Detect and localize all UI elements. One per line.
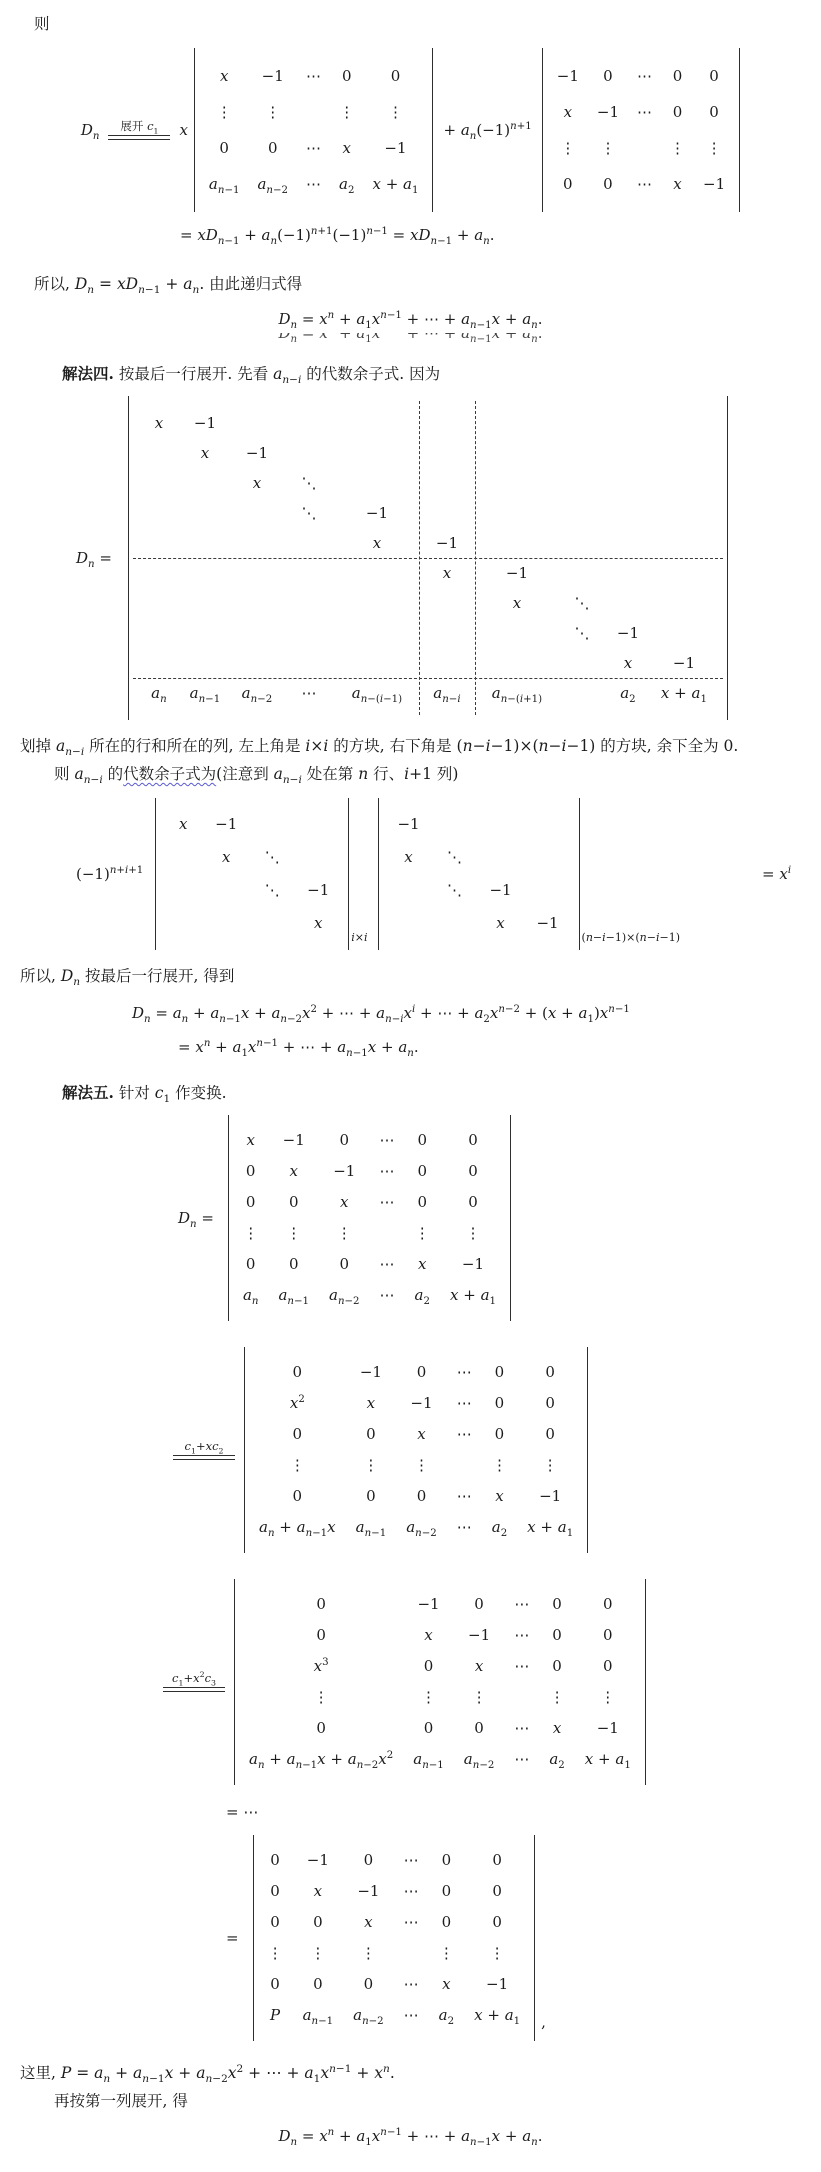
eq-closed-form: Dn = xn + a1xn−1 + ⋯ + an−1x + an.	[20, 310, 801, 330]
matrix-cell: 0	[246, 1257, 256, 1272]
matrix-cell: 0	[603, 69, 613, 84]
matrix-cell: x	[364, 1915, 372, 1930]
matrix-cell: 0	[289, 1195, 299, 1210]
matrix-cell: −1	[506, 566, 528, 581]
matrix-cell: ⋱	[447, 850, 462, 865]
matrix-cell: 0	[424, 1721, 434, 1736]
solution5-final-matrix: = 0−10⋯000x−1⋯0000x⋯00⋮⋮⋮⋮⋮000⋯x−1Pan−1a…	[226, 1835, 801, 2041]
matrix-cell: ⋮	[600, 141, 615, 156]
solution5-heading: 解法五. 针对 c1 作变换.	[62, 1081, 801, 1105]
matrix-cell: an	[151, 686, 167, 701]
matrix-cell: 0	[246, 1164, 256, 1179]
matrix-cell: 0	[552, 1628, 562, 1643]
matrix-cell: 0	[442, 1884, 452, 1899]
matrix-cell: 0	[709, 69, 719, 84]
matrix-cell: 0	[495, 1396, 505, 1411]
matrix-cell: ⋯	[380, 1288, 395, 1303]
matrix-cell: x	[553, 1721, 561, 1736]
matrix-cell: x	[253, 476, 261, 491]
matrix-cell: −1	[489, 883, 511, 898]
partitioned-matrix: x−1x−1x⋱⋱−1x−1x−1x⋱⋱−1x−1anan−1an−2⋯an−(…	[128, 396, 728, 720]
eq-expansion-b: = xn + a1xn−1 + ⋯ + an−1x + an.	[178, 1038, 801, 1058]
matrix-cell: 0	[366, 1427, 376, 1442]
matrix-cell: −1	[283, 1133, 305, 1148]
matrix-cell: 0	[417, 1133, 427, 1148]
matrix-cell: −1	[557, 69, 579, 84]
matrix-cell: an−(i−1)	[352, 686, 402, 701]
matrix-cell: ⋮	[550, 1690, 565, 1705]
matrix-cell: an−i	[433, 686, 460, 701]
matrix-cell: ⋮	[560, 141, 575, 156]
matrix-cell: −1	[410, 1396, 432, 1411]
matrix-cell: 0	[366, 1489, 376, 1504]
intro-word: 则	[34, 12, 801, 36]
double-rule	[173, 1455, 235, 1460]
matrix-cell: ⋯	[514, 1721, 529, 1736]
matrix-cell: ⋯	[457, 1520, 472, 1535]
matrix-cell: a2	[339, 177, 354, 192]
matrix-cell: ⋱	[447, 883, 462, 898]
para-here-p: 这里, P = an + an−1x + an−2x2 + ⋯ + a1xn−1…	[20, 2061, 801, 2085]
matrix-cell: 0	[545, 1365, 555, 1380]
matrix-cell: x	[343, 141, 351, 156]
matrix-cell: ⋱	[301, 506, 316, 521]
matrix-cell: ⋮	[290, 1458, 305, 1473]
matrix-cell: ⋱	[574, 596, 589, 611]
eq-recursion-result: = xDn−1 + an(−1)n+1(−1)n−1 = xDn−1 + an.	[180, 226, 801, 246]
matrix-cell: ⋯	[457, 1396, 472, 1411]
matrix-cell: x + a1	[661, 686, 707, 701]
para-cofactor-note: 则 an−i 的代数余子式为(注意到 an−i 处在第 n 行、i+1 列)	[54, 762, 801, 786]
matrix-cell: −1	[360, 1365, 382, 1380]
cofactor-matrix-a-wrap: x−1x⋱⋱−1x i×i	[155, 798, 367, 950]
matrix-cell: 0	[492, 1915, 502, 1930]
matrix-cell: ⋮	[490, 1946, 505, 1961]
solution5-step1: c1+xc2 0−10⋯00x2x−1⋯0000x⋯00⋮⋮⋮⋮⋮000⋯x−1…	[170, 1347, 801, 1553]
matrix-cell: ⋮	[363, 1458, 378, 1473]
solution5-heading-rest: 针对 c1 作变换.	[114, 1084, 227, 1102]
matrix-cell: ⋯	[404, 1853, 419, 1868]
matrix-cell: −1	[536, 916, 558, 931]
matrix-cell: −1	[397, 817, 419, 832]
matrix-cell: 0	[270, 1853, 280, 1868]
matrix-cell: −1	[597, 105, 619, 120]
matrix-cell: 0	[391, 69, 401, 84]
matrix-cell: a2	[620, 686, 635, 701]
matrix-cell: x	[340, 1195, 348, 1210]
matrix-cell: ⋯	[380, 1257, 395, 1272]
cofactor-note-pre: 则 an−i 的	[54, 765, 123, 783]
matrix-cell: 0	[492, 1884, 502, 1899]
matrix-cell: ⋯	[404, 1884, 419, 1899]
matrix-cell: 0	[417, 1164, 427, 1179]
matrix-cell: 0	[313, 1915, 323, 1930]
f4-lhs: =	[226, 1929, 239, 1947]
matrix-cell: an + an−1x	[259, 1520, 336, 1535]
matrix-cell: 0	[495, 1365, 505, 1380]
matrix-cell: x	[404, 850, 412, 865]
matrix-cell: x	[155, 416, 163, 431]
matrix-cell: 0	[268, 141, 278, 156]
matrix-cell: x	[220, 69, 228, 84]
f1-lhs: Dn =	[178, 1209, 214, 1227]
matrix-cell: 0	[289, 1257, 299, 1272]
matrix-cell: ⋯	[514, 1597, 529, 1612]
matrix-cell: an−2	[406, 1520, 437, 1535]
solution4-label: 解法四.	[62, 364, 114, 383]
matrix-cell: 0	[293, 1365, 303, 1380]
matrix-cell: 0	[442, 1853, 452, 1868]
matrix-cell: ⋯	[514, 1659, 529, 1674]
matrix-recursion-2: −10⋯00x−1⋯00⋮⋮⋮⋮00⋯x−1	[542, 48, 740, 212]
matrix-cell: 0	[417, 1195, 427, 1210]
matrix-cell: ⋯	[637, 105, 652, 120]
matrix-cell: x + a1	[474, 2008, 520, 2023]
matrix-cell: x	[417, 1427, 425, 1442]
matrix-cell: P	[270, 2008, 280, 2023]
matrix-cell: x	[179, 817, 187, 832]
matrix-cell: ⋮	[388, 105, 403, 120]
matrix-cell: ⋯	[637, 177, 652, 192]
matrix-cell: ⋮	[310, 1946, 325, 1961]
matrix-cell: ⋯	[514, 1628, 529, 1643]
matrix-cell: ⋯	[301, 686, 316, 701]
display-expansion-c1: Dn 展开 c1 x x−1⋯00⋮⋮⋮⋮00⋯x−1an−1an−2⋯a2x …	[20, 48, 801, 212]
matrix-cell: 0	[552, 1597, 562, 1612]
double-rule	[108, 135, 170, 140]
matrix-cell: a2	[439, 2008, 454, 2023]
ghost-line: Dn = xn + a1xn−1 + ⋯ + an−1x + an.	[20, 333, 801, 342]
matrix-cell: an−2	[353, 2008, 384, 2023]
xlongequal-c1-x2c3: c1+x2c3	[163, 1672, 225, 1691]
matrix-cell: an−1	[413, 1752, 444, 1767]
matrix-cell: 0	[603, 177, 613, 192]
matrix-cell: ⋯	[457, 1489, 472, 1504]
matrix-cell: 0	[246, 1195, 256, 1210]
matrix-cell: x	[367, 1396, 375, 1411]
matrix-cell: ⋮	[472, 1690, 487, 1705]
scan-artifact-duplicate-line: Dn = xn + a1xn−1 + ⋯ + an−1x + an.	[20, 333, 801, 346]
matrix-cell: 0	[313, 1977, 323, 1992]
eq-final-result: Dn = xn + a1xn−1 + ⋯ + an−1x + an.	[20, 2127, 801, 2147]
matrix-cell: x2	[290, 1396, 305, 1411]
solution5-step0: Dn = x−10⋯000x−1⋯0000x⋯00⋮⋮⋮⋮⋮000⋯x−1ana…	[178, 1115, 801, 1321]
matrix-cell: −1	[462, 1257, 484, 1272]
matrix-cell: ⋮	[543, 1458, 558, 1473]
matrix-cell: ⋯	[306, 141, 321, 156]
cofactor-matrix-a-size: i×i	[351, 931, 367, 944]
matrix-cell: ⋱	[265, 850, 280, 865]
partition-line-horizontal-1	[133, 558, 723, 559]
matrix-cell: −1	[194, 416, 216, 431]
para-expand-last-row: 所以, Dn 按最后一行展开, 得到	[20, 964, 801, 988]
matrix-cell: −1	[333, 1164, 355, 1179]
big-matrix-lhs: Dn =	[76, 549, 112, 567]
matrix-cell: x	[222, 850, 230, 865]
step2-label: c1+x2c3	[172, 1672, 216, 1685]
matrix-cell: x + a1	[585, 1752, 631, 1767]
cofactor-display: (−1)n+i+1 x−1x⋱⋱−1x i×i −1x⋱⋱−1x−1 (n−i−…	[76, 798, 801, 950]
matrix-cell: −1	[215, 817, 237, 832]
solution5-label: 解法五.	[62, 1083, 114, 1102]
cofactor-matrix-b: −1x⋱⋱−1x−1	[378, 798, 580, 950]
matrix-cell: ⋮	[414, 1458, 429, 1473]
matrix-cell: 0	[270, 1884, 280, 1899]
matrix-cell: 0	[552, 1659, 562, 1674]
cofactor-matrix-b-wrap: −1x⋱⋱−1x−1 (n−i−1)×(n−i−1)	[378, 798, 681, 950]
xlongequal-label: 展开 c1	[120, 120, 158, 133]
matrix-cell: an−(i+1)	[492, 686, 542, 701]
matrix-cell: x	[673, 177, 681, 192]
matrix-cell: 0	[342, 69, 352, 84]
matrix-cell: an−2	[242, 686, 273, 701]
matrix-cell: 0	[316, 1628, 326, 1643]
matrix-cell: ⋮	[286, 1226, 301, 1241]
matrix-cell: −1	[366, 506, 388, 521]
para-recursion: 所以, Dn = xDn−1 + an. 由此递归式得	[34, 272, 801, 296]
matrix-cell: 0	[293, 1427, 303, 1442]
matrix-cell: ⋯	[514, 1752, 529, 1767]
solution4-heading-rest: 按最后一行展开. 先看 an−i 的代数余子式. 因为	[114, 365, 440, 383]
matrix-cell: 0	[603, 1597, 613, 1612]
matrix-cell: an	[243, 1288, 259, 1303]
matrix-cell: a2	[549, 1752, 564, 1767]
trailing-comma: ,	[541, 2013, 546, 2031]
matrix-step2: 0−10⋯000x−1⋯00x30x⋯00⋮⋮⋮⋮⋮000⋯x−1an + an…	[234, 1579, 646, 1785]
matrix-cell: x	[289, 1164, 297, 1179]
cofactor-note-post: (注意到 an−i 处在第 n 行、i+1 列)	[216, 765, 458, 783]
matrix-cell: −1	[539, 1489, 561, 1504]
matrix-cell: 0	[417, 1365, 427, 1380]
matrix-cell: −1	[262, 69, 284, 84]
matrix-cell: x	[373, 536, 381, 551]
matrix-cell: x + a1	[372, 177, 418, 192]
matrix-cell: −1	[617, 626, 639, 641]
matrix-cell: 0	[270, 1977, 280, 1992]
matrix-cell: x	[201, 446, 209, 461]
matrix-cell: an−1	[303, 2008, 334, 2023]
factor-x: x	[179, 121, 187, 139]
cofactor-result: = xi	[762, 865, 791, 883]
matrix-cell: ⋯	[404, 1977, 419, 1992]
matrix-cell: a2	[492, 1520, 507, 1535]
matrix-cell: 0	[468, 1195, 478, 1210]
matrix-cell: ⋮	[243, 1226, 258, 1241]
matrix-cell: −1	[246, 446, 268, 461]
matrix-cell: ⋮	[465, 1226, 480, 1241]
solution4-heading: 解法四. 按最后一行展开. 先看 an−i 的代数余子式. 因为	[62, 362, 801, 386]
matrix-cell: x	[475, 1659, 483, 1674]
plus-term: + an(−1)n+1	[443, 121, 531, 139]
matrix-cell: ⋱	[574, 626, 589, 641]
matrix-cell: 0	[673, 69, 683, 84]
matrix-cell: ⋮	[339, 105, 354, 120]
matrix-cell: −1	[703, 177, 725, 192]
dn-lhs: Dn	[81, 121, 100, 139]
matrix-cell: x + a1	[450, 1288, 496, 1303]
matrix-cell: −1	[468, 1628, 490, 1643]
matrix-cell: x	[495, 1489, 503, 1504]
matrix-cell: ⋱	[301, 476, 316, 491]
matrix-cell: ⋮	[337, 1226, 352, 1241]
cofactor-matrix-b-size: (n−i−1)×(n−i−1)	[582, 931, 681, 944]
eq-dots: = ⋯	[226, 1803, 801, 1823]
matrix-cell: 0	[468, 1133, 478, 1148]
cofactor-note-underlined: 代数余子式为	[123, 765, 216, 783]
matrix-cell: x3	[314, 1659, 329, 1674]
matrix-cell: 0	[340, 1257, 350, 1272]
matrix-cell: an−1	[190, 686, 221, 701]
matrix-cell: an−2	[329, 1288, 360, 1303]
matrix-cell: an−1	[209, 177, 240, 192]
matrix-cell: −1	[307, 1853, 329, 1868]
matrix-final: 0−10⋯000x−1⋯0000x⋯00⋮⋮⋮⋮⋮000⋯x−1Pan−1an−…	[253, 1835, 536, 2041]
matrix-cell: ⋯	[404, 1915, 419, 1930]
cofactor-sign: (−1)n+i+1	[76, 865, 143, 883]
matrix-cell: ⋯	[404, 2008, 419, 2023]
solution5-step2: c1+x2c3 0−10⋯000x−1⋯00x30x⋯00⋮⋮⋮⋮⋮000⋯x−…	[160, 1579, 801, 1785]
matrix-cell: 0	[316, 1597, 326, 1612]
matrix-cell: ⋮	[439, 1946, 454, 1961]
matrix-cell: −1	[357, 1884, 379, 1899]
matrix-cell: ⋯	[457, 1427, 472, 1442]
partition-line-horizontal-2	[133, 678, 723, 679]
matrix-cell: −1	[384, 141, 406, 156]
matrix-cell: ⋮	[415, 1226, 430, 1241]
matrix-cell: x	[443, 566, 451, 581]
matrix-cell: x + a1	[527, 1520, 573, 1535]
matrix-cell: 0	[424, 1659, 434, 1674]
matrix-cell: x	[624, 656, 632, 671]
cofactor-matrix-a: x−1x⋱⋱−1x	[155, 798, 349, 950]
matrix-cell: 0	[442, 1915, 452, 1930]
matrix-cell: 0	[495, 1427, 505, 1442]
matrix-cell: ⋮	[670, 141, 685, 156]
matrix-cell: 0	[603, 1659, 613, 1674]
matrix-cell: ⋮	[314, 1690, 329, 1705]
matrix-cell: ⋮	[265, 105, 280, 120]
matrix-cell: −1	[417, 1597, 439, 1612]
matrix-cell: x	[564, 105, 572, 120]
matrix-step1: 0−10⋯00x2x−1⋯0000x⋯00⋮⋮⋮⋮⋮000⋯x−1an + an…	[244, 1347, 588, 1553]
matrix-cell: −1	[486, 1977, 508, 1992]
matrix-cell: a2	[415, 1288, 430, 1303]
matrix-cell: x	[442, 1977, 450, 1992]
matrix-cell: x	[418, 1257, 426, 1272]
matrix-cell: ⋮	[361, 1946, 376, 1961]
matrix-cell: 0	[673, 105, 683, 120]
matrix-cell: x	[496, 916, 504, 931]
matrix-cell: 0	[603, 1628, 613, 1643]
matrix-cell: ⋯	[380, 1133, 395, 1148]
matrix-cell: an−1	[278, 1288, 309, 1303]
double-rule	[163, 1687, 225, 1692]
matrix-cell: 0	[417, 1489, 427, 1504]
matrix-cell: 0	[364, 1853, 374, 1868]
matrix-cell: ⋮	[492, 1458, 507, 1473]
matrix-cell: an−2	[464, 1752, 495, 1767]
matrix-cell: x	[246, 1133, 254, 1148]
matrix-cell: x	[513, 596, 521, 611]
matrix-cell: 0	[474, 1597, 484, 1612]
document-page: 则 Dn 展开 c1 x x−1⋯00⋮⋮⋮⋮00⋯x−1an−1an−2⋯a2…	[0, 0, 821, 2172]
matrix-cell: an−2	[257, 177, 288, 192]
para-cross-out: 划掉 an−i 所在的行和所在的列, 左上角是 i×i 的方块, 右下角是 (n…	[20, 734, 801, 758]
xlongequal-expand-c1: 展开 c1	[108, 120, 170, 139]
matrix-step0: x−10⋯000x−1⋯0000x⋯00⋮⋮⋮⋮⋮000⋯x−1anan−1an…	[228, 1115, 511, 1321]
matrix-cell: −1	[673, 656, 695, 671]
matrix-cell: an + an−1x + an−2x2	[249, 1752, 393, 1767]
matrix-cell: 0	[709, 105, 719, 120]
matrix-cell: 0	[364, 1977, 374, 1992]
matrix-cell: 0	[545, 1427, 555, 1442]
para-expand-first-col: 再按第一列展开, 得	[54, 2089, 801, 2113]
matrix-cell: 0	[474, 1721, 484, 1736]
matrix-cell: ⋮	[268, 1946, 283, 1961]
matrix-cell: 0	[492, 1853, 502, 1868]
matrix-cell: −1	[307, 883, 329, 898]
matrix-cell: 0	[468, 1164, 478, 1179]
matrix-cell: 0	[316, 1721, 326, 1736]
matrix-recursion-1: x−1⋯00⋮⋮⋮⋮00⋯x−1an−1an−2⋯a2x + a1	[194, 48, 434, 212]
matrix-cell: x	[314, 916, 322, 931]
matrix-cell: ⋮	[421, 1690, 436, 1705]
matrix-cell: 0	[340, 1133, 350, 1148]
matrix-cell: 0	[219, 141, 229, 156]
matrix-cell: x	[314, 1884, 322, 1899]
matrix-cell: ⋮	[707, 141, 722, 156]
matrix-cell: ⋯	[380, 1195, 395, 1210]
matrix-cell: ⋯	[457, 1365, 472, 1380]
matrix-cell: ⋯	[306, 177, 321, 192]
matrix-cell: −1	[436, 536, 458, 551]
matrix-cell: ⋮	[217, 105, 232, 120]
matrix-cell: ⋮	[600, 1690, 615, 1705]
matrix-cell: −1	[597, 1721, 619, 1736]
matrix-cell: an−1	[356, 1520, 387, 1535]
step1-label: c1+xc2	[185, 1440, 224, 1453]
xlongequal-c1-xc2: c1+xc2	[173, 1440, 235, 1459]
matrix-cell: ⋯	[380, 1164, 395, 1179]
matrix-cell: 0	[545, 1396, 555, 1411]
matrix-cell: ⋱	[265, 883, 280, 898]
matrix-cell: ⋯	[306, 69, 321, 84]
matrix-cell: ⋯	[637, 69, 652, 84]
eq-expansion-a: Dn = an + an−1x + an−2x2 + ⋯ + an−ixi + …	[132, 1004, 801, 1024]
matrix-cell: 0	[563, 177, 573, 192]
solution4-determinant: Dn = x−1x−1x⋱⋱−1x−1x−1x⋱⋱−1x−1anan−1an−2…	[76, 396, 801, 720]
matrix-cell: 0	[293, 1489, 303, 1504]
matrix-cell: 0	[270, 1915, 280, 1930]
matrix-cell: x	[424, 1628, 432, 1643]
